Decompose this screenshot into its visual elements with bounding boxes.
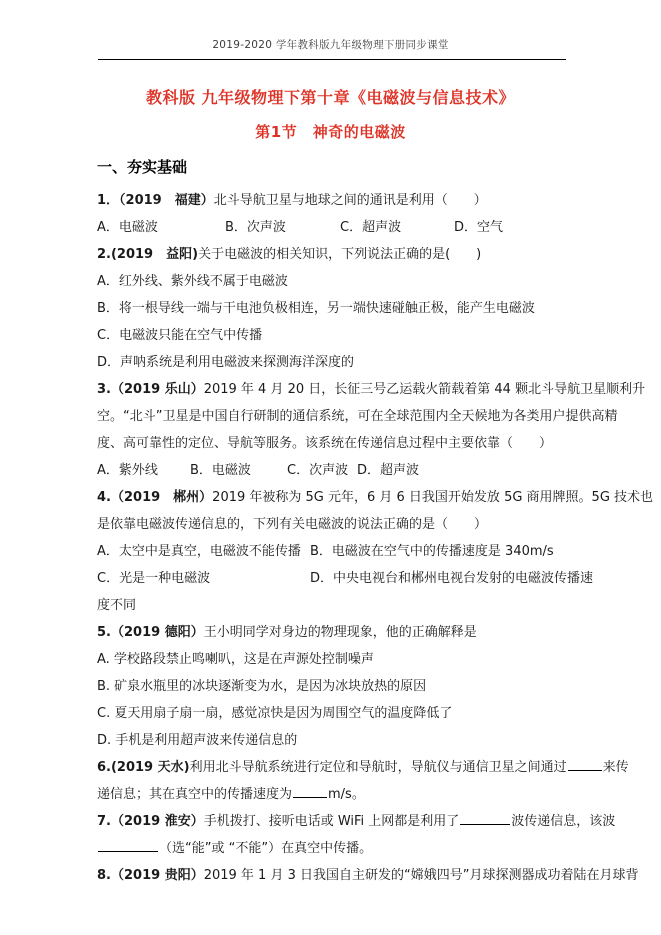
text-segment: B. 矿泉水瓶里的冰块逐渐变为水，是因为冰块放热的原因 xyxy=(97,673,426,700)
text-segment: 王小明同学对身边的物理现象，他的正确解释是 xyxy=(204,619,477,646)
blank-field xyxy=(568,756,602,771)
text-segment: 关于电磁波的相关知识，下列说法正确的是( ) xyxy=(198,241,481,268)
question-line: C．电磁波只能在空气中传播 xyxy=(97,322,577,349)
text-segment: 是依靠电磁波传递信息的，下列有关电磁波的说法正确的是（ ） xyxy=(97,511,487,538)
text-segment: B．电磁波在空气中的传播速度是 340m/s xyxy=(310,538,554,565)
page-header: 2019-2020 学年教科版九年级物理下册同步课堂 xyxy=(0,37,661,52)
question-line: 度不同 xyxy=(97,592,577,619)
text-segment: B．将一根导线一端与干电池负极相连，另一端快速碰触正极，能产生电磁波 xyxy=(97,295,535,322)
text-segment: 北斗导航卫星与地球之间的通讯是利用（ ） xyxy=(214,187,487,214)
text-segment: 2019 年 4 月 20 日，长征三号乙运载火箭载着第 44 颗北斗导航卫星顺… xyxy=(204,376,645,403)
text-segment: A．红外线、紫外线不属于电磁波 xyxy=(97,268,288,295)
text-segment: （选“能”或 “不能”）在真空中传播。 xyxy=(159,835,372,862)
text-segment: 手机拨打、接听电话或 WiFi 上网都是利用了 xyxy=(204,808,460,835)
question-line: D．声呐系统是利用电磁波来探测海洋深度的 xyxy=(97,349,577,376)
text-segment: A. 学校路段禁止鸣喇叭，这是在声源处控制噪声 xyxy=(97,646,374,673)
text-segment: 度不同 xyxy=(97,592,136,619)
question-line: 度、高可靠性的定位、导航等服务。该系统在传递信息过程中主要依靠（ ） xyxy=(97,430,577,457)
blank-field xyxy=(293,783,327,798)
text-segment: 8.（2019 贵阳） xyxy=(97,862,204,889)
text-segment: 2019 年被称为 5G 元年，6 月 6 日我国开始发放 5G 商用牌照。5G… xyxy=(212,484,653,511)
text-segment: A．太空中是真空，电磁波不能传播 xyxy=(97,538,310,565)
text-segment: C. 夏天用扇子扇一扇，感觉凉快是因为周围空气的温度降低了 xyxy=(97,700,452,727)
text-segment: D．空气 xyxy=(454,214,503,241)
text-segment: 2019 年 1 月 3 日我国自主研发的“嫦娥四号”月球探测器成功着陆在月球背 xyxy=(204,862,639,889)
blank-field xyxy=(460,810,510,825)
question-line: A．太空中是真空，电磁波不能传播B．电磁波在空气中的传播速度是 340m/s xyxy=(97,538,577,565)
question-line: 5.（2019 德阳）王小明同学对身边的物理现象，他的正确解释是 xyxy=(97,619,577,646)
text-segment: C．光是一种电磁波 xyxy=(97,565,310,592)
question-line: A．电磁波B．次声波C．超声波D．空气 xyxy=(97,214,577,241)
text-segment: 1．（2019 福建） xyxy=(97,187,214,214)
question-line: A．紫外线B．电磁波C．次声波D．超声波 xyxy=(97,457,577,484)
section-heading: 一、夯实基础 xyxy=(97,156,187,177)
text-segment: 6.(2019 天水) xyxy=(97,754,190,781)
question-line: 8.（2019 贵阳）2019 年 1 月 3 日我国自主研发的“嫦娥四号”月球… xyxy=(97,862,577,889)
text-segment: A．紫外线 xyxy=(97,457,190,484)
question-line: 是依靠电磁波传递信息的，下列有关电磁波的说法正确的是（ ） xyxy=(97,511,577,538)
question-line: 1．（2019 福建）北斗导航卫星与地球之间的通讯是利用（ ） xyxy=(97,187,577,214)
text-segment: 度、高可靠性的定位、导航等服务。该系统在传递信息过程中主要依靠（ ） xyxy=(97,430,552,457)
text-segment: B．电磁波 xyxy=(190,457,287,484)
text-segment: 波传递信息，该波 xyxy=(511,808,615,835)
blank-field xyxy=(98,837,158,852)
text-segment: 4.（2019 郴州） xyxy=(97,484,212,511)
text-segment: m/s。 xyxy=(328,781,365,808)
text-segment: D. 手机是利用超声波来传递信息的 xyxy=(97,727,297,754)
question-line: 2.(2019 益阳) 关于电磁波的相关知识，下列说法正确的是( ) xyxy=(97,241,577,268)
text-segment: B．次声波 xyxy=(225,214,340,241)
text-segment: C．超声波 xyxy=(340,214,454,241)
question-line: 7.（2019 淮安）手机拨打、接听电话或 WiFi 上网都是利用了波传递信息，… xyxy=(97,808,577,835)
question-line: C. 夏天用扇子扇一扇，感觉凉快是因为周围空气的温度降低了 xyxy=(97,700,577,727)
question-line: B. 矿泉水瓶里的冰块逐渐变为水，是因为冰块放热的原因 xyxy=(97,673,577,700)
text-segment: 利用北斗导航系统进行定位和导航时，导航仪与通信卫星之间通过 xyxy=(190,754,567,781)
text-segment: D．声呐系统是利用电磁波来探测海洋深度的 xyxy=(97,349,354,376)
question-line: C．光是一种电磁波D．中央电视台和郴州电视台发射的电磁波传播速 xyxy=(97,565,577,592)
doc-title: 教科版 九年级物理下第十章《电磁波与信息技术》 xyxy=(0,85,661,108)
question-line: A．红外线、紫外线不属于电磁波 xyxy=(97,268,577,295)
question-line: D. 手机是利用超声波来传递信息的 xyxy=(97,727,577,754)
text-segment: D．超声波 xyxy=(357,457,419,484)
question-line: 3.（2019 乐山）2019 年 4 月 20 日，长征三号乙运载火箭载着第 … xyxy=(97,376,577,403)
text-segment: 7.（2019 淮安） xyxy=(97,808,204,835)
document-body: 1．（2019 福建）北斗导航卫星与地球之间的通讯是利用（ ）A．电磁波B．次声… xyxy=(97,187,577,889)
question-line: 4.（2019 郴州）2019 年被称为 5G 元年，6 月 6 日我国开始发放… xyxy=(97,484,577,511)
header-divider-line xyxy=(98,59,566,60)
question-line: B．将一根导线一端与干电池负极相连，另一端快速碰触正极，能产生电磁波 xyxy=(97,295,577,322)
text-segment: C．电磁波只能在空气中传播 xyxy=(97,322,262,349)
doc-subtitle: 第1节 神奇的电磁波 xyxy=(0,121,661,142)
text-segment: C．次声波 xyxy=(287,457,357,484)
text-segment: 2.(2019 益阳) xyxy=(97,241,198,268)
text-segment: A．电磁波 xyxy=(97,214,225,241)
question-line: A. 学校路段禁止鸣喇叭，这是在声源处控制噪声 xyxy=(97,646,577,673)
question-line: 6.(2019 天水)利用北斗导航系统进行定位和导航时，导航仪与通信卫星之间通过… xyxy=(97,754,577,781)
question-line: 递信息；其在真空中的传播速度为 m/s。 xyxy=(97,781,577,808)
question-line: 空。“北斗”卫星是中国自行研制的通信系统，可在全球范围内全天候地为各类用户提供高… xyxy=(97,403,577,430)
text-segment: 来传 xyxy=(603,754,629,781)
text-segment: D．中央电视台和郴州电视台发射的电磁波传播速 xyxy=(310,565,593,592)
text-segment: 5.（2019 德阳） xyxy=(97,619,204,646)
text-segment: 递信息；其在真空中的传播速度为 xyxy=(97,781,292,808)
question-line: （选“能”或 “不能”）在真空中传播。 xyxy=(97,835,577,862)
text-segment: 空。“北斗”卫星是中国自行研制的通信系统，可在全球范围内全天候地为各类用户提供高… xyxy=(97,403,617,430)
text-segment: 3.（2019 乐山） xyxy=(97,376,204,403)
